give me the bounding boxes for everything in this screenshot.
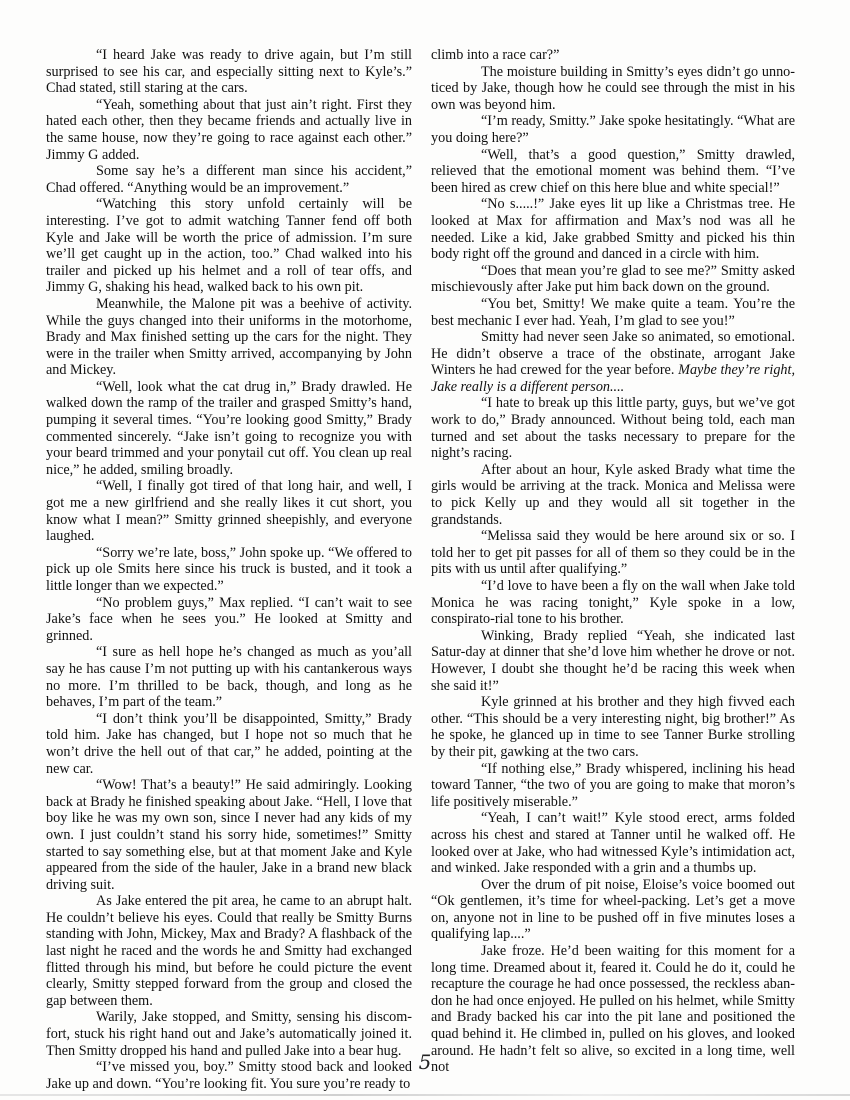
- paragraph: Jake froze. He’d been waiting for this m…: [431, 943, 795, 1076]
- paragraph: “Watching this story unfold certainly wi…: [46, 196, 412, 296]
- left-column: “I heard Jake was ready to drive again, …: [46, 47, 412, 1092]
- paragraph: The moisture building in Smitty’s eyes d…: [431, 64, 795, 114]
- paragraph: Smitty had never seen Jake so animated, …: [431, 329, 795, 395]
- paragraph: “Yeah, I can’t wait!” Kyle stood erect, …: [431, 810, 795, 876]
- paragraph: “If nothing else,” Brady whispered, incl…: [431, 761, 795, 811]
- paragraph: “Yeah, something about that just ain’t r…: [46, 97, 412, 163]
- paragraph: As Jake entered the pit area, he came to…: [46, 893, 412, 1009]
- paragraph: Kyle grinned at his brother and they hig…: [431, 694, 795, 760]
- paragraph: “I’ve missed you, boy.” Smitty stood bac…: [46, 1059, 412, 1092]
- paragraph: “I heard Jake was ready to drive again, …: [46, 47, 412, 97]
- continued-paragraph: climb into a race car?”: [431, 47, 795, 64]
- paragraph: Warily, Jake stopped, and Smitty, sensin…: [46, 1009, 412, 1059]
- paragraph: After about an hour, Kyle asked Brady wh…: [431, 462, 795, 528]
- paragraph: Over the drum of pit noise, Eloise’s voi…: [431, 877, 795, 943]
- paragraph: “I sure as hell hope he’s changed as muc…: [46, 644, 412, 710]
- paragraph: “Does that mean you’re glad to see me?” …: [431, 263, 795, 296]
- paragraph: “No s.....!” Jake eyes lit up like a Chr…: [431, 196, 795, 262]
- paragraph: “Sorry we’re late, boss,” John spoke up.…: [46, 545, 412, 595]
- paragraph: Winking, Brady replied “Yeah, she indica…: [431, 628, 795, 694]
- document-page: “I heard Jake was ready to drive again, …: [0, 0, 850, 1100]
- page-number: 5: [412, 1050, 438, 1074]
- paragraph: “You bet, Smitty! We make quite a team. …: [431, 296, 795, 329]
- paragraph: “Well, look what the cat drug in,” Brady…: [46, 379, 412, 479]
- paragraph: “I don’t think you’ll be disappointed, S…: [46, 711, 412, 777]
- scan-edge-divider: [0, 1094, 850, 1096]
- paragraph: Some say he’s a different man since his …: [46, 163, 412, 196]
- paragraph: “Well, that’s a good question,” Smitty d…: [431, 147, 795, 197]
- paragraph: “Well, I finally got tired of that long …: [46, 478, 412, 544]
- paragraph: “I’m ready, Smitty.” Jake spoke hesitati…: [431, 113, 795, 146]
- paragraph: “I’d love to have been a fly on the wall…: [431, 578, 795, 628]
- paragraph: “Melissa said they would be here around …: [431, 528, 795, 578]
- paragraph: “No problem guys,” Max replied. “I can’t…: [46, 595, 412, 645]
- paragraph: Meanwhile, the Malone pit was a beehive …: [46, 296, 412, 379]
- paragraph: “Wow! That’s a beauty!” He said admiring…: [46, 777, 412, 893]
- paragraph: “I hate to break up this little party, g…: [431, 395, 795, 461]
- right-column: climb into a race car?” The moisture bui…: [431, 47, 795, 1076]
